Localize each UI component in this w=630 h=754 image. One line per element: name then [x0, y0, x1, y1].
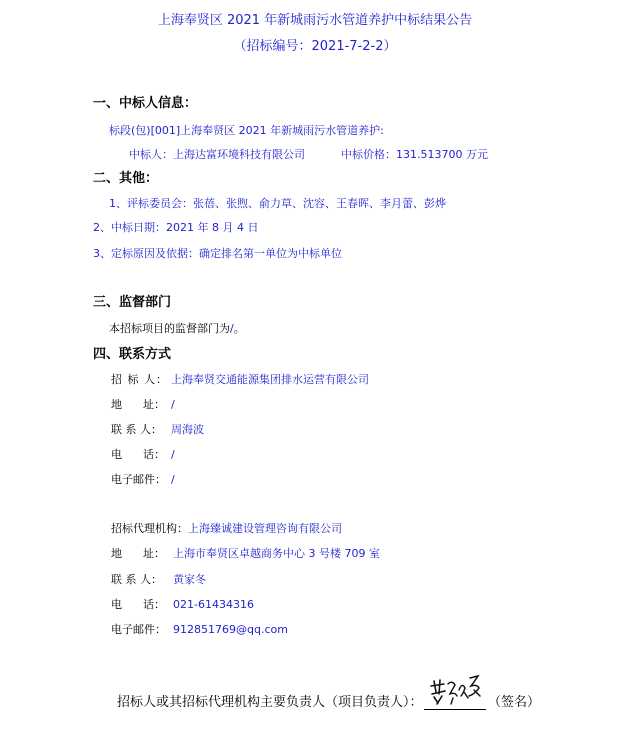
tenderer-phone-row: 电 话：/: [111, 448, 175, 462]
tenderer-address-row: 地 址：/: [111, 398, 175, 412]
agency-contact-row: 联 系 人：黄家冬: [111, 573, 206, 587]
lot-description: 标段(包)[001]上海奉贤区 2021 年新城雨污水管道养护:: [109, 124, 384, 138]
agency-name-row: 招标代理机构：上海臻诚建设管理咨询有限公司: [111, 522, 342, 536]
winner-value: 上海达富环境科技有限公司: [173, 148, 305, 161]
signature-suffix: （签名）: [488, 695, 540, 711]
price-value: 131.513700 万元: [396, 148, 488, 161]
field-value: 021-61434316: [173, 598, 254, 611]
section4-heading: 四、联系方式: [93, 347, 171, 363]
agency-email-row: 电子邮件：912851769@qq.com: [111, 623, 288, 637]
field-value: /: [171, 398, 175, 411]
field-label: 联 系 人：: [111, 573, 173, 587]
section2-heading: 二、其他：: [93, 171, 158, 187]
field-value: 黄家冬: [173, 573, 206, 586]
field-value: 周海波: [171, 423, 204, 436]
handwritten-signature: [428, 672, 484, 706]
award-basis: 3、定标原因及依据：确定排名第一单位为中标单位: [93, 247, 342, 261]
field-label: 地 址：: [111, 398, 171, 412]
document-title: 上海奉贤区 2021 年新城雨污水管道养护中标结果公告: [0, 13, 630, 29]
bid-number: （招标编号：2021-7-2-2）: [0, 39, 630, 55]
tenderer-email-row: 电子邮件：/: [111, 473, 175, 487]
field-label: 电 话：: [111, 598, 173, 612]
agency-phone-row: 电 话：021-61434316: [111, 598, 254, 612]
field-label: 招 标 人：: [111, 373, 171, 387]
agency-address-row: 地 址：上海市奉贤区卓越商务中心 3 号楼 709 室: [111, 547, 380, 561]
field-value: 上海奉贤交通能源集团排水运营有限公司: [171, 373, 369, 386]
field-label: 地 址：: [111, 547, 173, 561]
evaluation-committee: 1、评标委员会：张蓓、张煦、俞力草、沈容、王春晖、李月蕾、彭烨: [109, 197, 446, 211]
signature-icon: [428, 672, 484, 706]
winner-label: 中标人：: [129, 148, 173, 161]
field-value: /: [171, 473, 175, 486]
signature-label: 招标人或其招标代理机构主要负责人（项目负责人）：: [117, 695, 423, 711]
field-value: 上海臻诚建设管理咨询有限公司: [188, 522, 342, 535]
price-row: 中标价格：131.513700 万元: [341, 148, 488, 162]
field-label: 联 系 人：: [111, 423, 171, 437]
field-value: 912851769@qq.com: [173, 623, 288, 636]
field-label: 电 话：: [111, 448, 171, 462]
field-label: 电子邮件：: [111, 473, 171, 487]
price-label: 中标价格：: [341, 148, 396, 161]
section1-heading: 一、中标人信息：: [93, 96, 197, 112]
section3-heading: 三、监督部门: [93, 295, 171, 311]
supervision-prefix: 本招标项目的监督部门为: [109, 322, 230, 335]
tenderer-name-row: 招 标 人：上海奉贤交通能源集团排水运营有限公司: [111, 373, 369, 387]
field-label: 招标代理机构：: [111, 522, 188, 536]
tenderer-contact-row: 联 系 人：周海波: [111, 423, 204, 437]
signature-underline: [424, 709, 486, 710]
field-value: /: [171, 448, 175, 461]
winner-row: 中标人：上海达富环境科技有限公司: [129, 148, 305, 162]
award-date: 2、中标日期：2021 年 8 月 4 日: [93, 221, 258, 235]
supervision-suffix: 。: [234, 322, 245, 335]
field-value: 上海市奉贤区卓越商务中心 3 号楼 709 室: [173, 547, 380, 560]
supervision-text: 本招标项目的监督部门为/。: [109, 322, 245, 336]
field-label: 电子邮件：: [111, 623, 173, 637]
